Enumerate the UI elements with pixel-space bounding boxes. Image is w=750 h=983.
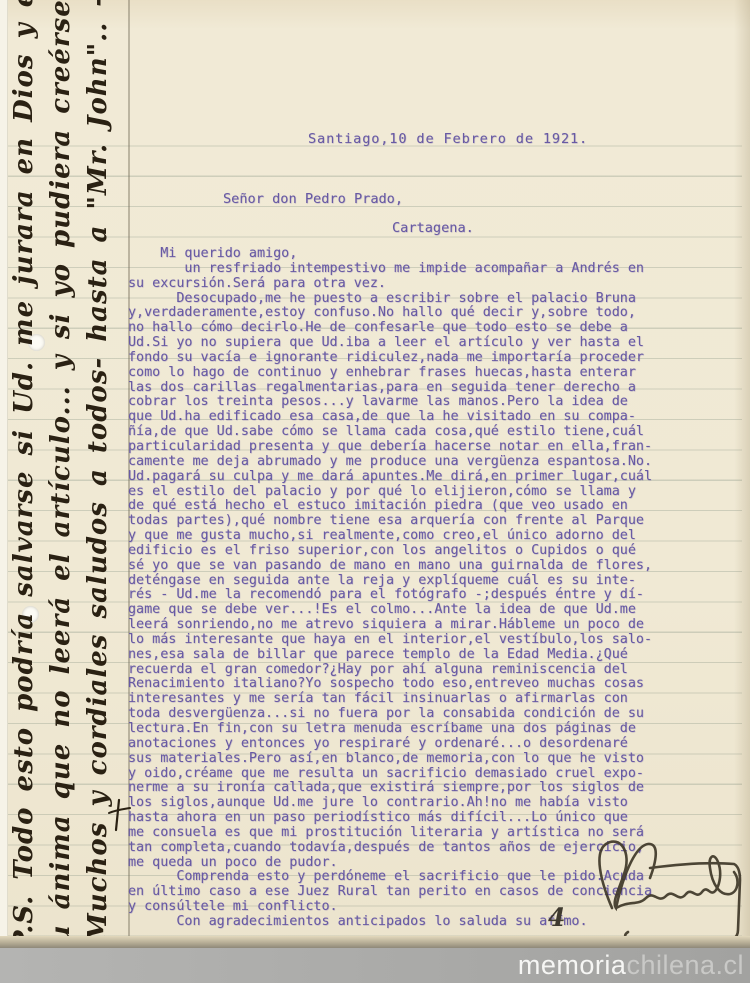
handwritten-numeral-annotation: 4 bbox=[548, 903, 565, 932]
margin-postscript-line: P.S. Todo esto podría salvarse si Ud. me… bbox=[6, 8, 43, 960]
letter-body-line: hasta ahora en un paso periodístico más … bbox=[128, 811, 652, 826]
scanned-letter-page: Santiago,10 de Febrero de 1921. Señor do… bbox=[0, 0, 750, 983]
letter-body-line: anotaciones y entonces yo respiraré y or… bbox=[128, 737, 652, 752]
letter-body-line: que Ud.ha edificado esa casa,de que la h… bbox=[128, 410, 652, 425]
letter-body-line: su excursión.Será para otra vez. bbox=[128, 277, 652, 292]
watermark-text-domain: chilena.cl bbox=[626, 950, 750, 981]
letter-body-line: tan completa,cuando todavía,después de t… bbox=[128, 841, 652, 856]
letter-body-line: todas partes),qué nombre tiene esa arque… bbox=[128, 514, 652, 529]
letter-body-line: Ud.pagará su culpa y me dará apuntes.Me … bbox=[128, 470, 652, 485]
letter-body-line: ñía,de que Ud.sabe cómo se llama cada co… bbox=[128, 425, 652, 440]
letter-body-line: y que me gusta mucho,si realmente,como c… bbox=[128, 529, 652, 544]
letter-body-line: edificio es el friso superior,con los an… bbox=[128, 544, 652, 559]
letter-body-line: toda desvergüenza...si no fuera por la c… bbox=[128, 707, 652, 722]
watermark-text: memoria bbox=[518, 950, 627, 981]
pen-mark-icon bbox=[106, 796, 132, 834]
scan-right-edge bbox=[734, 0, 750, 948]
letter-body-line: como lo hago de continuo y enhebrar fras… bbox=[128, 366, 652, 381]
letter-body-line: nes,esa sala de billar que parece templo… bbox=[128, 648, 652, 663]
letter-body-line: sus materiales.Pero así,en blanco,de mem… bbox=[128, 752, 652, 767]
letter-body-line: nerme a su ironía callada,que existirá s… bbox=[128, 781, 652, 796]
letter-body-line: camente me deja abrumado y me produce un… bbox=[128, 455, 652, 470]
letter-body-line: no hallo cómo decirlo.He de confesarle q… bbox=[128, 321, 652, 336]
letter-body-line: me consuela es que mi prostitución liter… bbox=[128, 826, 652, 841]
letter-body-line: fondo su vacía e ignorante ridiculez,nad… bbox=[128, 351, 652, 366]
letter-body-line: en último caso a ese Juez Rural tan peri… bbox=[128, 885, 652, 900]
margin-postscript-note: P.S. Todo esto podría salvarse si Ud. me… bbox=[6, 8, 122, 960]
letter-body-line: Con agradecimientos anticipados lo salud… bbox=[128, 915, 652, 930]
letter-recipient-name: Señor don Pedro Prado, bbox=[223, 191, 403, 207]
letter-body-line: los siglos,aunque Ud.me jure lo contrari… bbox=[128, 796, 652, 811]
letter-body-line: game que se debe ver...!Es el colmo...An… bbox=[128, 603, 652, 618]
letter-body-line: Mi querido amigo, bbox=[128, 247, 652, 262]
letter-body-line: interesantes y me sería tan fácil insinu… bbox=[128, 692, 652, 707]
letter-body-line: de qué está hecho el estuco imitación pi… bbox=[128, 499, 652, 514]
letter-body-line: Ud.Si yo no supiera que Ud.iba a leer el… bbox=[128, 336, 652, 351]
letter-body-line: leerá sonriendo,no me atrevo siquiera a … bbox=[128, 618, 652, 633]
signature bbox=[585, 832, 750, 952]
letter-body-line: particularidad presenta y que debería ha… bbox=[128, 440, 652, 455]
letter-date: Santiago,10 de Febrero de 1921. bbox=[308, 131, 588, 147]
watermark-bar: memoriachilena.cl bbox=[0, 948, 750, 983]
letter-body-line: lo más interesante que haya en el interi… bbox=[128, 633, 652, 648]
letter-body-line: lectura.En fin,con su letra menuda escrí… bbox=[128, 722, 652, 737]
letter-body-line: y,verdaderamente,estoy confuso.No hallo … bbox=[128, 306, 652, 321]
letter-body: Mi querido amigo, un resfriado intempest… bbox=[128, 247, 652, 930]
letter-body-line: y consúltele mi conflicto. bbox=[128, 900, 652, 915]
letter-body-line: sé yo que se van pasando de mano en mano… bbox=[128, 559, 652, 574]
letter-body-line: un resfriado intempestivo me impide acom… bbox=[128, 262, 652, 277]
margin-postscript-line: su ánima que no leerá el artículo... y s… bbox=[43, 8, 80, 960]
letter-recipient-city: Cartagena. bbox=[392, 220, 474, 236]
